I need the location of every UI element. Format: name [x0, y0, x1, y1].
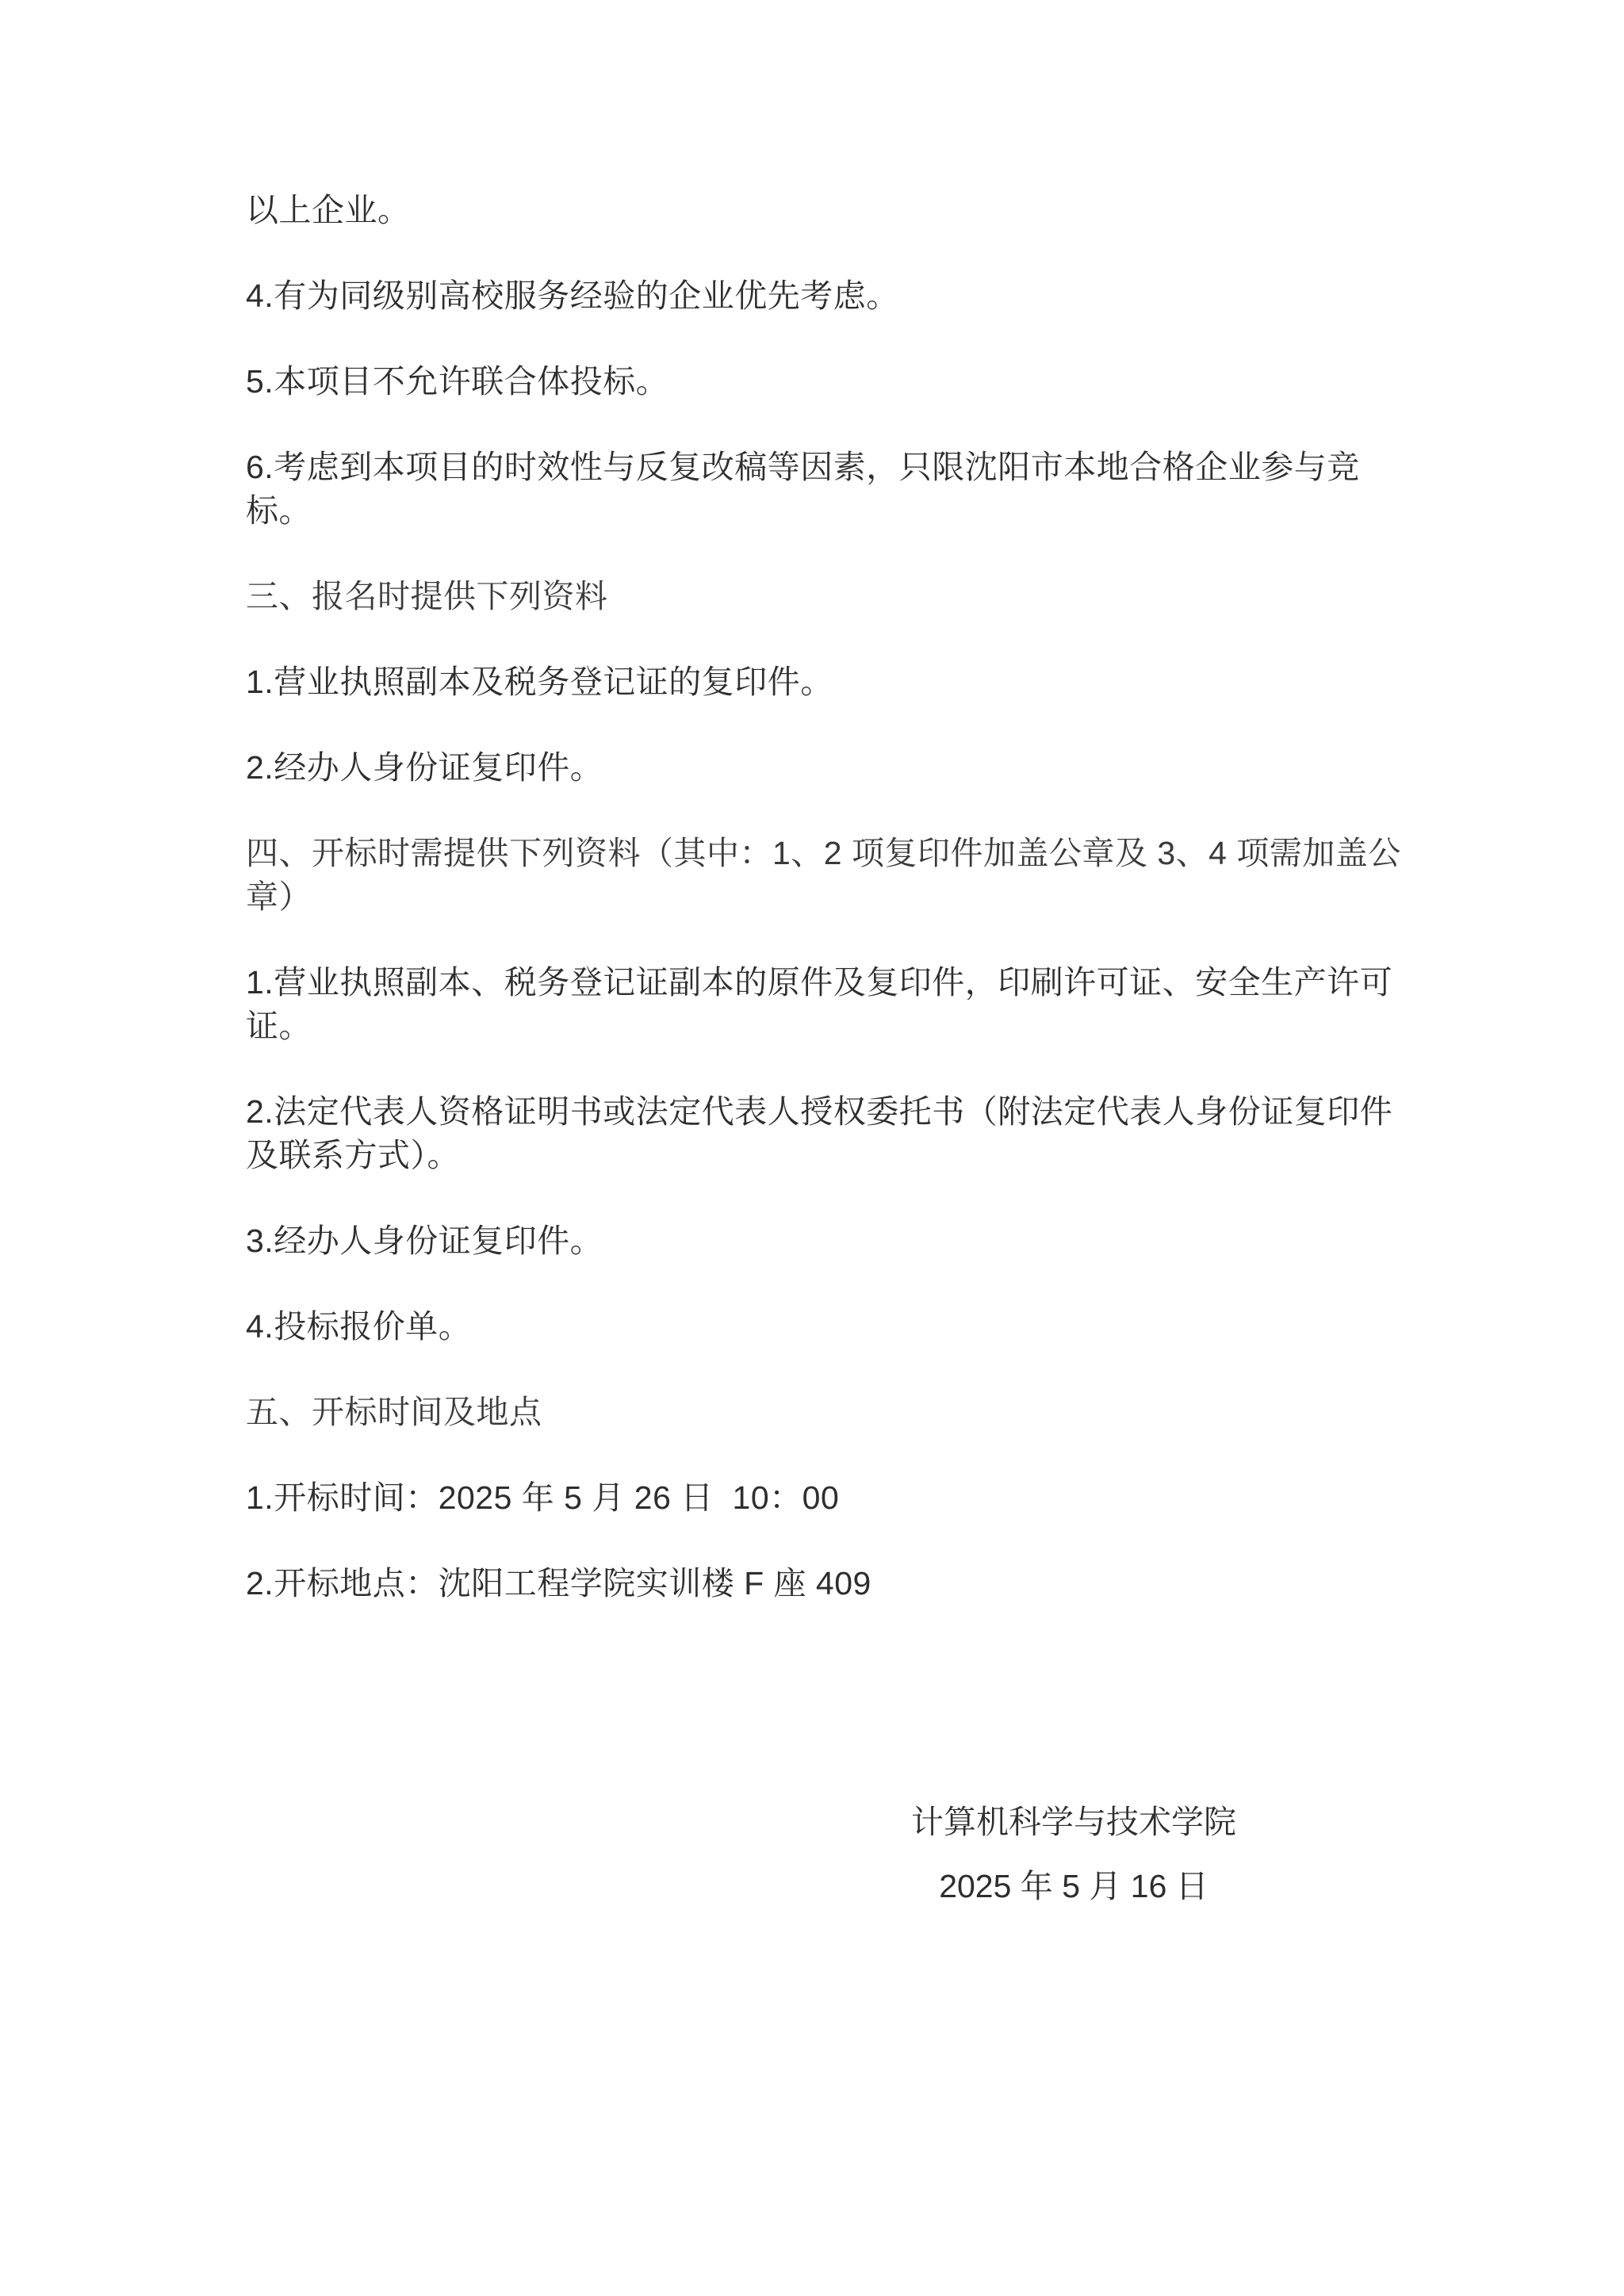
- paragraph-sec3-item-1: 1.营业执照副本及税务登记证的复印件。: [246, 660, 1418, 704]
- paragraph-intro-continued: 以上企业。: [246, 189, 1418, 232]
- section-heading-5: 五、开标时间及地点: [246, 1391, 1418, 1434]
- paragraph-sec5-item-2-bid-open-place: 2.开标地点：沈阳工程学院实训楼 F 座 409: [246, 1562, 1418, 1605]
- paragraph-sec4-item-2: 2.法定代表人资格证明书或法定代表人授权委托书（附法定代表人身份证复印件 及联系…: [246, 1090, 1418, 1177]
- paragraph-item-4: 4.有为同级别高校服务经验的企业优先考虑。: [246, 274, 1418, 318]
- paragraph-sec3-item-2: 2.经办人身份证复印件。: [246, 746, 1418, 790]
- paragraph-sec4-item-4: 4.投标报价单。: [246, 1305, 1418, 1349]
- paragraph-item-5: 5.本项目不允许联合体投标。: [246, 360, 1418, 404]
- signature-date: 2025 年 5 月 16 日: [523, 1865, 1624, 1908]
- section-heading-3: 三、报名时提供下列资料: [246, 575, 1418, 618]
- paragraph-sec5-item-1-bid-open-time: 1.开标时间：2025 年 5 月 26 日 10：00: [246, 1476, 1418, 1520]
- paragraph-item-6: 6.考虑到本项目的时效性与反复改稿等因素，只限沈阳市本地合格企业参与竞标。: [246, 446, 1418, 533]
- document-body: 以上企业。 4.有为同级别高校服务经验的企业优先考虑。 5.本项目不允许联合体投…: [0, 0, 1418, 1605]
- document-page: 以上企业。 4.有为同级别高校服务经验的企业优先考虑。 5.本项目不允许联合体投…: [0, 0, 1624, 2296]
- signature-organization: 计算机科学与技术学院: [523, 1800, 1624, 1844]
- signature-block: 计算机科学与技术学院 2025 年 5 月 16 日: [523, 1800, 1624, 1908]
- paragraph-sec4-item-3: 3.经办人身份证复印件。: [246, 1219, 1418, 1263]
- section-heading-4: 四、开标时需提供下列资料（其中：1、2 项复印件加盖公章及 3、4 项需加盖公 …: [246, 832, 1418, 919]
- paragraph-sec4-item-1: 1.营业执照副本、税务登记证副本的原件及复印件，印刷许可证、安全生产许可 证。: [246, 961, 1418, 1048]
